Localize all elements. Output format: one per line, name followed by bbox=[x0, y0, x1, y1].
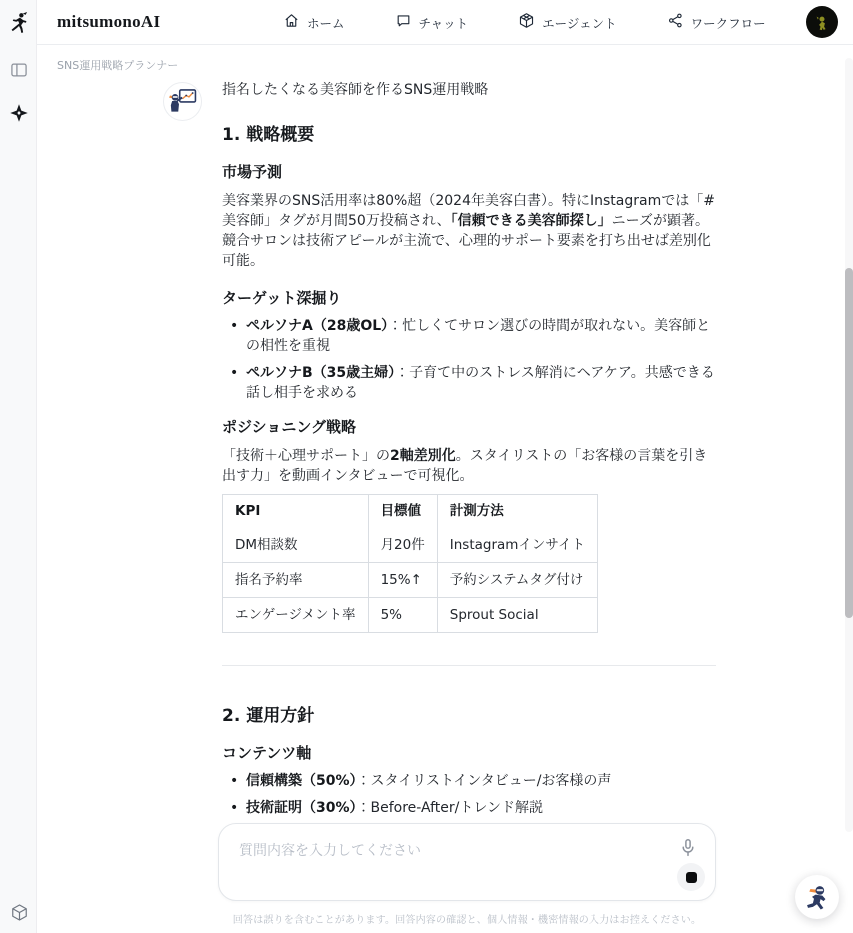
table-cell: 指名予約率 bbox=[223, 563, 369, 598]
home-icon bbox=[283, 12, 300, 33]
brand-title[interactable]: mitsumonoAI bbox=[57, 12, 160, 32]
top-header: mitsumonoAI ホーム チャット bbox=[37, 0, 853, 45]
kpi-table: KPI 目標値 計測方法 DM相談数 月20件 Instagramインサイト 指… bbox=[222, 494, 598, 633]
agent-cube-icon bbox=[518, 12, 535, 33]
nav-label: チャット bbox=[419, 14, 469, 32]
market-paragraph: 美容業界のSNS活用率は80%超（2024年美容白書）。特にInstagramで… bbox=[222, 191, 716, 271]
nav-item-workflow[interactable]: ワークフロー bbox=[667, 12, 766, 33]
table-row: DM相談数 月20件 Instagramインサイト bbox=[223, 528, 598, 563]
ninja-logo-icon bbox=[8, 11, 30, 35]
stop-icon bbox=[686, 872, 697, 883]
scrollbar-thumb[interactable] bbox=[845, 268, 853, 618]
app-window: mitsumonoAI ホーム チャット bbox=[0, 0, 853, 933]
user-avatar[interactable] bbox=[806, 6, 838, 38]
section-divider bbox=[222, 665, 716, 666]
table-header-cell: 計測方法 bbox=[437, 495, 597, 529]
table-header-cell: 目標値 bbox=[368, 495, 437, 529]
table-header-row: KPI 目標値 計測方法 bbox=[223, 495, 598, 529]
sidebar-toggle-icon[interactable] bbox=[7, 58, 31, 82]
list-item: 信頼構築（50%）：スタイリストインタビュー/お客様の声 bbox=[222, 771, 716, 791]
nav-label: エージェント bbox=[542, 14, 617, 32]
scrollbar-track[interactable] bbox=[845, 58, 853, 832]
nav-item-chat[interactable]: チャット bbox=[395, 12, 469, 33]
table-cell: Sprout Social bbox=[437, 598, 597, 633]
table-header-cell: KPI bbox=[223, 495, 369, 529]
market-bold: 「信頼できる美容師探し」 bbox=[451, 213, 612, 229]
positioning-heading: ポジショニング戦略 bbox=[222, 418, 716, 436]
agent-name-label: SNS運用戦略プランナー bbox=[57, 57, 178, 73]
package-cube-icon[interactable] bbox=[7, 900, 31, 924]
table-cell: 予約システムタグ付け bbox=[437, 563, 597, 598]
list-item: 技術証明（30%）：Before-After/トレンド解説 bbox=[222, 798, 716, 818]
table-cell: エンゲージメント率 bbox=[223, 598, 369, 633]
nav-item-home[interactable]: ホーム bbox=[283, 12, 345, 33]
table-cell: DM相談数 bbox=[223, 528, 369, 563]
main-nav: ホーム チャット エージェント bbox=[283, 0, 766, 45]
content-axis-heading: コンテンツ軸 bbox=[222, 744, 716, 762]
market-heading: 市場予測 bbox=[222, 163, 716, 181]
mic-icon[interactable] bbox=[677, 837, 699, 859]
table-cell: 月20件 bbox=[368, 528, 437, 563]
message-composer bbox=[218, 823, 716, 901]
workflow-share-icon bbox=[667, 12, 684, 33]
persona-list: ペルソナA（28歳OL）：忙しくてサロン選びの時間が取れない。美容師との相性を重… bbox=[222, 316, 716, 403]
ninja-mascot-icon bbox=[802, 882, 832, 912]
table-row: エンゲージメント率 5% Sprout Social bbox=[223, 598, 598, 633]
chat-bubble-icon bbox=[395, 12, 412, 33]
nav-item-agent[interactable]: エージェント bbox=[518, 12, 617, 33]
chat-content: SNS運用戦略プランナー 指名したくなる美容師を作るSNS運用戦略 1. 戦略概… bbox=[37, 45, 853, 933]
section-1-heading: 1. 戦略概要 bbox=[222, 126, 716, 145]
section-2-heading: 2. 運用方針 bbox=[222, 707, 716, 726]
table-cell: 15%↑ bbox=[368, 563, 437, 598]
icon-rail bbox=[0, 0, 37, 933]
list-item: ペルソナB（35歳主婦）：子育て中のストレス解消にヘアケア。共感できる話し相手を… bbox=[222, 363, 716, 403]
assistant-message: 指名したくなる美容師を作るSNS運用戦略 1. 戦略概要 市場予測 美容業界のS… bbox=[222, 80, 716, 845]
stop-generating-button[interactable] bbox=[677, 863, 705, 891]
nav-label: ワークフロー bbox=[691, 14, 766, 32]
disclaimer-text: 回答は誤りを含むことがあります。回答内容の確認と、個人情報・機密情報の入力はお控… bbox=[218, 911, 716, 926]
agent-avatar bbox=[163, 82, 202, 121]
table-row: 指名予約率 15%↑ 予約システムタグ付け bbox=[223, 563, 598, 598]
target-heading: ターゲット深掘り bbox=[222, 289, 716, 307]
message-intro: 指名したくなる美容師を作るSNS運用戦略 bbox=[222, 80, 716, 100]
list-item: ペルソナA（28歳OL）：忙しくてサロン選びの時間が取れない。美容師との相性を重… bbox=[222, 316, 716, 356]
table-cell: Instagramインサイト bbox=[437, 528, 597, 563]
positioning-paragraph: 「技術＋心理サポート」の2軸差別化。スタイリストの「お客様の言葉を引き出す力」を… bbox=[222, 446, 716, 486]
sparkle-icon[interactable] bbox=[7, 101, 31, 125]
table-cell: 5% bbox=[368, 598, 437, 633]
nav-label: ホーム bbox=[307, 14, 345, 32]
positioning-bold: 2軸差別化 bbox=[390, 448, 456, 464]
mascot-assistant-button[interactable] bbox=[795, 875, 839, 919]
message-input[interactable] bbox=[239, 840, 659, 884]
